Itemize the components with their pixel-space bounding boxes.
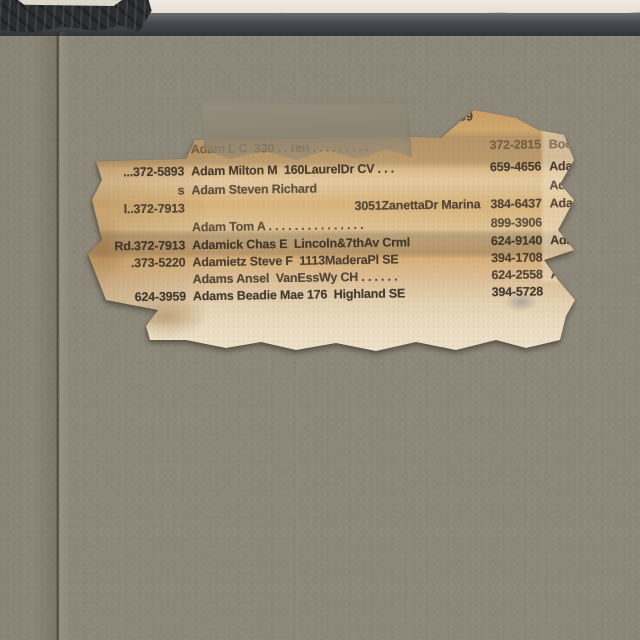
entry-phone: 372-2815 bbox=[490, 136, 541, 153]
book-endpaper-photo: 909 Adam L C 330 . . ren . . . . . . . .… bbox=[0, 0, 640, 640]
continued-number: s bbox=[85, 182, 191, 199]
next-column-fragment bbox=[542, 249, 586, 266]
next-column-fragment: Adam bbox=[541, 177, 585, 194]
next-column-fragment: Boor bbox=[541, 136, 585, 153]
entry-phone: 384-6437 bbox=[490, 195, 541, 212]
continued-number: 624-3959 bbox=[87, 288, 193, 305]
continued-number: Rd.372-7913 bbox=[86, 237, 192, 254]
next-column-fragment bbox=[543, 283, 587, 300]
entry-name-address: Adam Tom A . . . . . . . . . . . . . . . bbox=[192, 217, 364, 235]
next-column-fragment: Adam bbox=[542, 232, 586, 249]
entry-phone: 624-2558 bbox=[491, 266, 542, 283]
spine-shading bbox=[0, 30, 58, 640]
entry-phone: 624-9140 bbox=[491, 232, 542, 249]
entry-phone: 659-4656 bbox=[490, 158, 541, 175]
next-column-fragment: Adam bbox=[541, 158, 585, 175]
entry-name-address: Adamietz Steve F 1113MaderaPl SE bbox=[192, 251, 398, 270]
entry-phone: 394-5728 bbox=[492, 283, 543, 300]
gutter-highlight bbox=[60, 32, 69, 640]
entry-name-address: 3051ZanettaDr Marina bbox=[354, 196, 490, 214]
continued-number: l..372-7913 bbox=[86, 200, 192, 217]
entry-name-address: Adams Beadie Mae 176 Highland SE bbox=[193, 285, 405, 304]
entry-name-address: Adam Milton M 160LaurelDr CV . . . bbox=[191, 160, 394, 179]
phone-fragment: 909 bbox=[452, 108, 472, 124]
continued-number bbox=[86, 219, 192, 236]
entry-name-address: Adams Ansel VanEssWy CH . . . . . . bbox=[193, 268, 398, 287]
entry-name-address: Adamick Chas E Lincoln&7thAv Crml bbox=[192, 234, 410, 253]
continued-number bbox=[87, 271, 193, 288]
next-column-fragment: Adar bbox=[543, 266, 587, 283]
entry-name-address: Adam Steven Richard bbox=[191, 181, 317, 199]
entry-phone: 899-3906 bbox=[491, 214, 542, 231]
continued-number: .373-5220 bbox=[86, 254, 192, 271]
continued-number bbox=[85, 141, 191, 158]
entry-phone: 394-1708 bbox=[491, 249, 542, 266]
continued-number: ...372-5893 bbox=[85, 163, 191, 180]
next-column-fragment: Adam bbox=[542, 195, 586, 212]
next-column-fragment bbox=[542, 214, 586, 231]
